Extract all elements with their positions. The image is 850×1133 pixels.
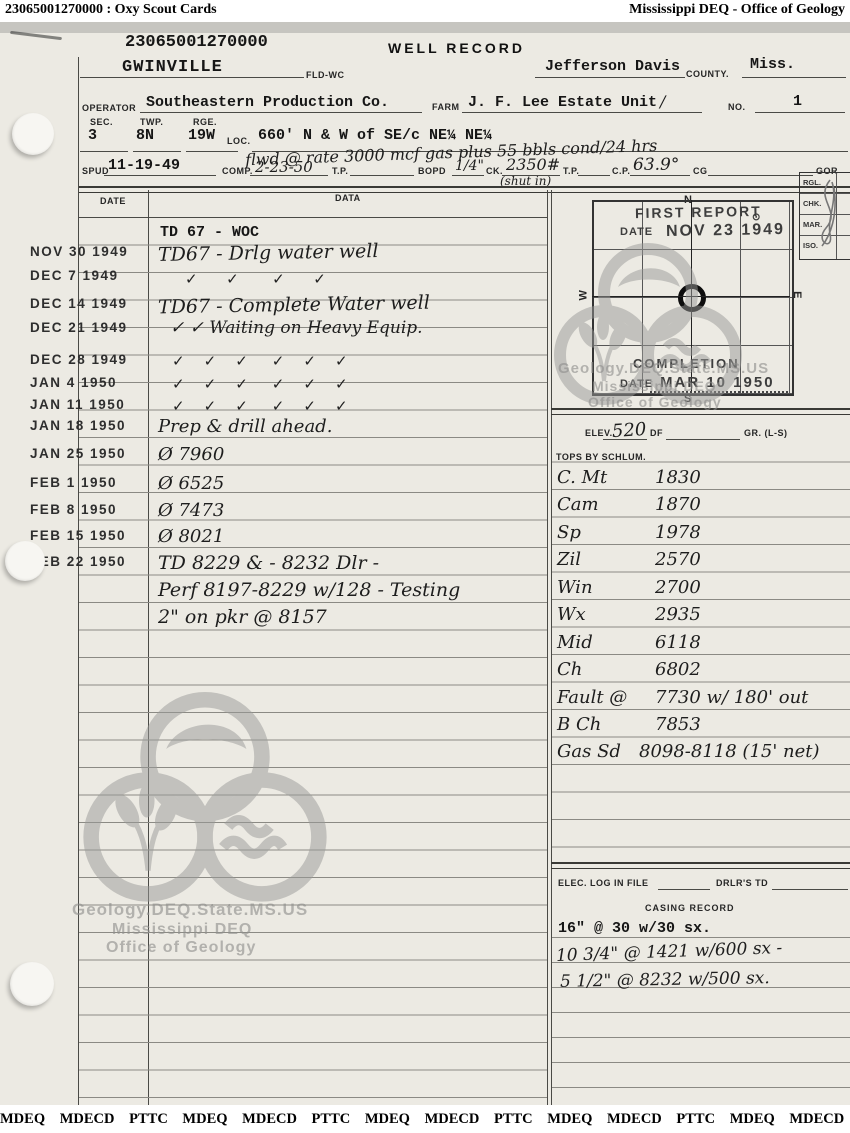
completion-date-dotted-line: [650, 390, 788, 393]
first-report-date-stamp: NOV 23 1949: [666, 221, 785, 241]
sec-underline: [80, 151, 128, 152]
cp-value: 63.9°: [633, 155, 679, 175]
farm-value: J. F. Lee Estate Unit: [468, 94, 657, 111]
entry-date-stamp: JAN 18 1950: [30, 418, 126, 433]
tp2-underline: [578, 175, 610, 176]
viewer-footer-bar: MDEQ MDECD PTTC MDEQ MDECD PTTC MDEQ MDE…: [0, 1105, 850, 1133]
county-underline: [535, 77, 685, 78]
field-name-value: GWINVILLE: [122, 58, 223, 77]
cg-label: CG: [693, 166, 708, 176]
farm-pen-mark: ∕: [660, 92, 665, 111]
scan-edge-strip: [0, 22, 850, 33]
top-name: Win: [557, 577, 593, 598]
farm-label: FARM: [432, 102, 460, 112]
top-name: Zil: [557, 549, 581, 570]
entry-ditto-marks: ✓ ✓ ✓ ✓: [185, 270, 326, 288]
completion-date-stamp: MAR 10 1950: [660, 374, 775, 391]
tops-heading: TOPS BY SCHLUM.: [556, 452, 646, 462]
casing-record-heading: CASING RECORD: [645, 903, 735, 913]
tops-row: Mid 6118: [551, 632, 850, 660]
elec-underline: [658, 889, 710, 890]
top-name: Cam: [557, 494, 599, 515]
operator-underline: [140, 112, 422, 113]
completion-stamp: COMPLETION: [633, 356, 740, 371]
top-name: B Ch: [557, 714, 601, 735]
top-name: C. Mt: [557, 467, 607, 488]
entry-data: Ø 7960: [158, 444, 224, 465]
top-name: Mid: [557, 632, 593, 653]
top-depth: 2700: [655, 577, 701, 598]
data-column-header: DATA: [335, 193, 361, 203]
tp2-label: T.P.: [563, 166, 579, 176]
operator-value: Southeastern Production Co.: [146, 94, 389, 111]
tp-underline: [350, 175, 414, 176]
twp-value: 8N: [136, 127, 154, 144]
choke-value: 1/4": [455, 158, 484, 174]
tp-label: T.P.: [332, 166, 348, 176]
hole-punch: [10, 962, 54, 1006]
entry-date-stamp: DEC 7 1949: [30, 268, 119, 283]
entry-ditto-marks: ✓ ✓ ✓ ✓ ✓ ✓: [172, 352, 348, 370]
top-depth: 1870: [655, 494, 701, 515]
comp-label: COMP.: [222, 166, 253, 176]
entry-data: TD 8229 & - 8232 Dlr -: [158, 552, 379, 574]
entry-data: Ø 6525: [158, 473, 224, 494]
table-row: DEC 7 1949 ✓ ✓ ✓ ✓: [0, 266, 548, 294]
table-row: FEB 8 1950 Ø 7473: [0, 500, 548, 528]
twp-underline: [133, 151, 181, 152]
viewer-header-bar: 23065001270000 : Oxy Scout Cards Mississ…: [0, 0, 850, 22]
table-row: DEC 21 1949 ✓ ✓ Waiting on Heavy Equip.: [0, 318, 548, 346]
entry-data: Prep & drill ahead.: [158, 416, 332, 437]
top-depth: 6118: [655, 632, 701, 653]
state-underline: [742, 77, 846, 78]
stamp-mark-icon: ⊙: [752, 212, 760, 223]
date-column-header: DATE: [100, 196, 126, 206]
top-depth: 6802: [655, 659, 701, 680]
df-label: DF: [650, 428, 663, 438]
top-name: Sp: [557, 522, 581, 543]
casing-row: 16" @ 30 w/30 sx.: [558, 920, 711, 937]
pressure-value: 2350#: [506, 155, 560, 174]
table-row: FEB 15 1950 Ø 8021: [0, 526, 548, 554]
choke-underline: [452, 175, 484, 176]
drlrs-td-label: DRLR'S TD: [716, 878, 768, 888]
cp-underline: [630, 175, 690, 176]
entry-date-stamp: DEC 14 1949: [30, 296, 128, 311]
gr-label: GR. (L-S): [744, 428, 788, 438]
table-row: FEB 1 1950 Ø 6525: [0, 473, 548, 501]
operator-label: OPERATOR: [82, 103, 136, 113]
comp-underline: [250, 175, 328, 176]
entry-data: ✓ ✓ Waiting on Heavy Equip.: [170, 318, 423, 338]
farm-underline: [462, 112, 702, 113]
entry-ditto-marks: ✓ ✓ ✓ ✓ ✓ ✓: [172, 397, 348, 415]
right-section-double-rule: [551, 408, 850, 415]
entry-data-line3: 2" on pkr @ 8157: [158, 606, 327, 628]
no-underline: [755, 112, 845, 113]
county-label: COUNTY.: [686, 69, 729, 79]
table-row: JAN 18 1950 Prep & drill ahead.: [0, 416, 548, 444]
entry-date-stamp: FEB 1 1950: [30, 475, 117, 490]
top-name: Wx: [557, 604, 586, 625]
hole-punch: [5, 541, 45, 581]
entry-date-stamp: FEB 8 1950: [30, 502, 117, 517]
scanned-well-record-page: 23065001270000 : Oxy Scout Cards Mississ…: [0, 0, 850, 1133]
hole-punch: [12, 113, 54, 155]
entry-data: TD67 - Drlg water well: [158, 240, 379, 266]
tops-row: Ch 6802: [551, 659, 850, 687]
pressure-underline: [502, 175, 560, 176]
map-west-label: W: [577, 290, 589, 301]
tops-row: Cam 1870: [551, 494, 850, 522]
entry-data: TD 67 - WOC: [160, 224, 259, 241]
rge-label: RGE.: [193, 117, 217, 127]
twp-label: TWP.: [140, 117, 163, 127]
top-depth: 2570: [655, 549, 701, 570]
sec-label: SEC.: [90, 117, 113, 127]
entry-data: Ø 7473: [158, 500, 224, 521]
top-depth: 7730 w/ 180' out: [655, 687, 808, 708]
comp-value: 2-23-50: [255, 158, 313, 176]
entry-date-stamp: FEB 15 1950: [30, 528, 126, 543]
form-title: WELL RECORD: [388, 40, 525, 56]
top-depth: 1830: [655, 467, 701, 488]
well-no-label: NO.: [728, 102, 746, 112]
tops-row: Win 2700: [551, 577, 850, 605]
entry-data-line2: Perf 8197-8229 w/128 - Testing: [158, 579, 460, 601]
top-name: Ch: [557, 659, 582, 680]
entry-date-stamp: JAN 4 1950: [30, 375, 117, 390]
casing-row: 5 1/2" @ 8232 w/500 sx.: [560, 968, 770, 992]
entry-ditto-marks: ✓ ✓ ✓ ✓ ✓ ✓: [172, 375, 348, 393]
spud-underline: [104, 175, 216, 176]
completion-date-label: DATE: [620, 378, 653, 390]
entry-date-stamp: DEC 28 1949: [30, 352, 128, 367]
entry-data: Ø 8021: [158, 526, 224, 547]
county-value: Jefferson Davis: [545, 58, 680, 75]
top-name: Gas Sd: [557, 741, 621, 762]
field-underline: [80, 77, 304, 78]
state-value: Miss.: [750, 56, 795, 73]
api-number: 23065001270000: [125, 33, 268, 52]
drlrs-underline: [772, 889, 848, 890]
entry-date-stamp: NOV 30 1949: [30, 244, 128, 259]
table-row: FEB 22 1950 TD 8229 & - 8232 Dlr - Perf …: [0, 552, 548, 636]
tops-row: C. Mt 1830: [551, 467, 850, 495]
entry-date-stamp: JAN 25 1950: [30, 446, 126, 461]
df-underline: [666, 439, 740, 440]
tops-row: Fault @ 7730 w/ 180' out: [551, 687, 850, 715]
rge-value: 19W: [188, 127, 215, 144]
agency-title: Mississippi DEQ - Office of Geology: [629, 2, 845, 18]
top-name: Fault @: [557, 687, 627, 708]
tops-row: Wx 2935: [551, 604, 850, 632]
well-location-marker: [678, 284, 706, 312]
first-report-stamp: FIRST REPORT: [635, 203, 762, 221]
review-pencil-squiggle: [808, 176, 848, 256]
well-no-value: 1: [793, 93, 802, 110]
tops-row: B Ch 7853: [551, 714, 850, 742]
top-depth: 8098-8118 (15' net): [639, 741, 820, 762]
document-id-title: 23065001270000 : Oxy Scout Cards: [5, 2, 217, 18]
elec-double-rule: [551, 862, 850, 869]
cg-underline: [708, 175, 813, 176]
top-depth: 2935: [655, 604, 701, 625]
top-depth: 1978: [655, 522, 701, 543]
entry-data: TD67 - Complete Water well: [158, 292, 430, 319]
cp-label: C.P.: [612, 166, 630, 176]
elev-label: ELEV.: [585, 428, 613, 438]
tops-row: Sp 1978: [551, 522, 850, 550]
first-report-date-label: DATE: [620, 226, 653, 238]
field-label: FLD-WC: [306, 70, 345, 80]
spud-value: 11-19-49: [108, 157, 180, 174]
entry-date-stamp: JAN 11 1950: [30, 397, 125, 412]
elec-log-label: ELEC. LOG IN FILE: [558, 878, 649, 888]
header-double-rule: [78, 186, 850, 193]
rge-underline: [186, 151, 238, 152]
footer-watermark-text: MDEQ MDECD PTTC MDEQ MDECD PTTC MDEQ MDE…: [0, 1111, 850, 1127]
bopd-label: BOPD: [418, 166, 446, 176]
top-depth: 7853: [655, 714, 701, 735]
loc-value: 660' N & W of SE/c NE¼ NE¼: [258, 127, 492, 144]
table-row: JAN 25 1950 Ø 7960: [0, 444, 548, 472]
entry-date-stamp: DEC 21 1949: [30, 320, 128, 335]
sec-value: 3: [88, 127, 97, 144]
loc-label: LOC.: [227, 136, 251, 146]
elev-underline: [603, 439, 647, 440]
tops-row: Zil 2570: [551, 549, 850, 577]
tops-row: Gas Sd 8098-8118 (15' net): [551, 741, 850, 769]
